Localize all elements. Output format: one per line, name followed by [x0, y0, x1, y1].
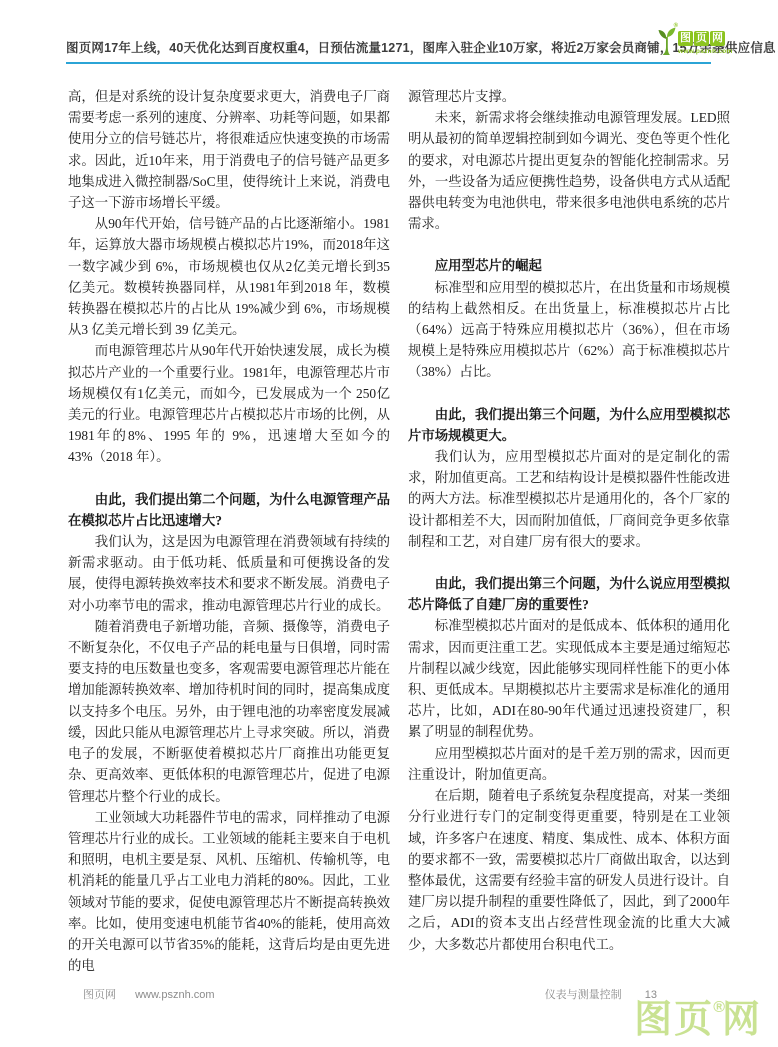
logo-char-block: 网 [710, 31, 725, 46]
article-paragraph: 工业领域大功耗器件节电的需求，同样推动了电源管理芯片行业的成长。工业领域的能耗主… [68, 807, 390, 977]
logo-char-block: 图 [678, 31, 693, 46]
article-paragraph: 在后期，随着电子系统复杂程度提高，对某一类细分行业进行专门的定制变得更重要，特别… [408, 785, 730, 955]
footer-site-url: www.psznh.com [135, 989, 214, 1001]
logo-url-text: www.psznh.com [678, 48, 733, 55]
article-paragraph: 标准型和应用型的模拟芯片，在出货量和市场规模的结构上截然相反。在出货量上，标准模… [408, 277, 730, 383]
site-logo: ® 图 页 网 www.psznh.com [658, 26, 746, 56]
logo-wordmark: 图 页 网 [678, 31, 733, 46]
article-question-heading: 由此，我们提出第二个问题，为什么电源管理产品在模拟芯片占比迅速增大? [68, 489, 390, 531]
footer-site-name: 图页网 [83, 989, 116, 1001]
footer-journal-name: 仪表与测量控制 [545, 989, 622, 1001]
article-paragraph: 标准型模拟芯片面对的是低成本、低体积的通用化需求，因而更注重工艺。实现低成本主要… [408, 615, 730, 742]
left-column: 高，但是对系统的设计复杂度要求更大，消费电子厂商需要考虑一系列的速度、分辨率、功… [68, 86, 390, 976]
article-paragraph: 而电源管理芯片从90年代开始快速发展，成长为模拟芯片产业的一个重要行业。1981… [68, 340, 390, 467]
article-paragraph: 高，但是对系统的设计复杂度要求更大，消费电子厂商需要考虑一系列的速度、分辨率、功… [68, 86, 390, 213]
article-body: 高，但是对系统的设计复杂度要求更大，消费电子厂商需要考虑一系列的速度、分辨率、功… [68, 86, 730, 976]
article-paragraph: 随着消费电子新增功能，音频、摄像等，消费电子不断复杂化，不仅电子产品的耗电量与日… [68, 616, 390, 807]
watermark-text: 图页 [634, 999, 714, 1041]
right-column: 源管理芯片支撑。 未来，新需求将会继续推动电源管理发展。LED照明从最初的简单逻… [408, 86, 730, 976]
article-paragraph: 应用型模拟芯片面对的是千差万别的需求，因而更注重设计，附加值更高。 [408, 743, 730, 785]
watermark-text: 网 [722, 999, 762, 1041]
header-banner-text: 图页网17年上线，40天优化达到百度权重4，日预估流量1271，图库入驻企业10… [66, 38, 712, 56]
article-paragraph: 从90年代开始，信号链产品的占比逐渐缩小。1981年，运算放大器市场规模占模拟芯… [68, 213, 390, 340]
article-paragraph: 未来，新需求将会继续推动电源管理发展。LED照明从最初的简单逻辑控制到如今调光、… [408, 107, 730, 234]
article-section-heading: 应用型芯片的崛起 [408, 255, 730, 276]
document-page: 图页网17年上线，40天优化达到百度权重4，日预估流量1271，图库入驻企业10… [0, 0, 778, 976]
plant-sprout-icon [658, 26, 676, 56]
footer-left: 图页网 www.psznh.com [83, 986, 215, 1002]
article-paragraph: 我们认为，这是因为电源管理在消费领域有持续的新需求驱动。由于低功耗、低质量和可便… [68, 531, 390, 616]
article-question-heading: 由此，我们提出第三个问题，为什么说应用型模拟芯片降低了自建厂房的重要性? [408, 573, 730, 615]
article-paragraph: 我们认为，应用型模拟芯片面对的是定制化的需求，附加值更高。工艺和结构设计是模拟器… [408, 446, 730, 552]
logo-registered-mark: ® [674, 23, 678, 29]
article-question-heading: 由此，我们提出第三个问题，为什么应用型模拟芯片市场规模更大。 [408, 404, 730, 446]
header-divider [66, 62, 711, 64]
logo-char-block: 页 [694, 31, 709, 46]
watermark-logo: 图页®网 [634, 989, 762, 1039]
article-paragraph: 源管理芯片支撑。 [408, 86, 730, 107]
